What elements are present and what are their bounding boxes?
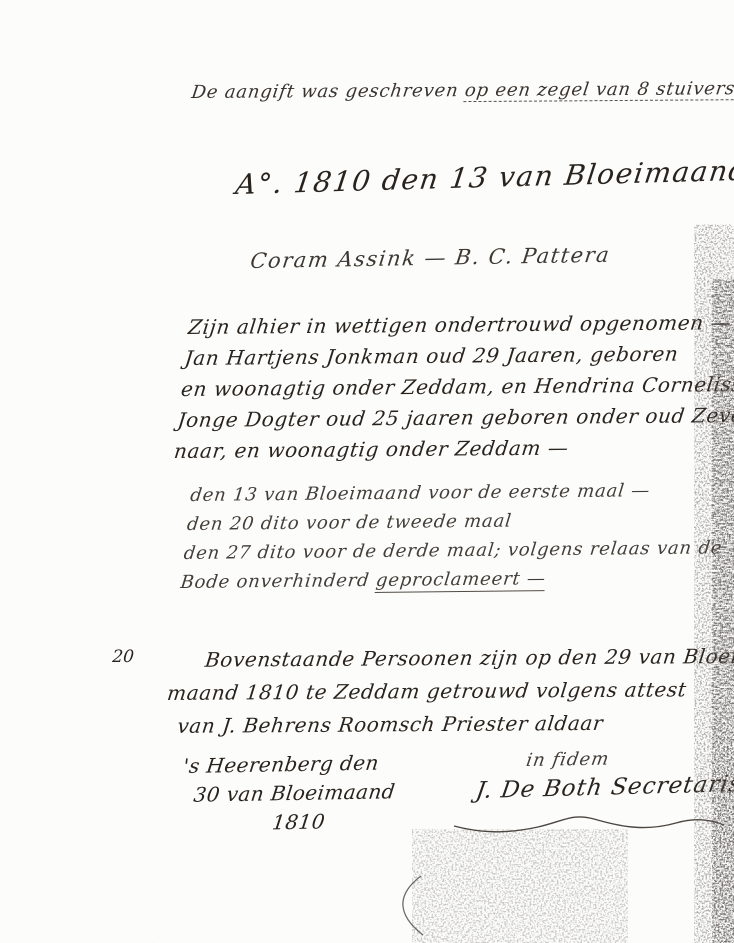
betrothal-line-2: Jan Hartjens Jonkman oud 29 Jaaren, gebo… bbox=[183, 338, 734, 374]
betrothal-line-5: naar, en woonagtig onder Zeddam — bbox=[172, 431, 734, 467]
place-date-line-1: 's Heerenberg den bbox=[181, 748, 400, 781]
stamp-duty-note: De aangift was geschreven op een zegel v… bbox=[190, 78, 734, 103]
marriage-line-2: maand 1810 te Zeddam getrouwd volgens at… bbox=[165, 673, 734, 710]
place-date-block: 's Heerenberg den 30 van Bloeimaand 1810 bbox=[174, 748, 400, 839]
proclamation-line-4: Bode onverhinderd geproclameert — bbox=[179, 562, 721, 597]
place-date-line-3: 1810 bbox=[271, 806, 394, 837]
secretary-signature: J. De Both Secretaris bbox=[474, 771, 734, 804]
betrothal-line-1: Zijn alhier in wettigen ondertrouwd opge… bbox=[186, 307, 734, 343]
paraph-stroke bbox=[454, 817, 724, 832]
bottom-noise-cluster bbox=[430, 840, 610, 943]
bottom-arc-mark bbox=[403, 876, 423, 935]
heading-year-line: A°. 1810 den 13 van Bloeimaand bbox=[234, 154, 734, 201]
betrothal-line-3: en woonagtig onder Zeddam, en Hendrina C… bbox=[179, 369, 734, 405]
proclamation-line-3: den 27 dito voor de derde maal; volgens … bbox=[182, 533, 724, 568]
marriage-line-3: van J. Behrens Roomsch Priester aldaar bbox=[176, 706, 734, 743]
scanned-document-page: De aangift was geschreven op een zegel v… bbox=[0, 0, 734, 943]
place-date-line-2: 30 van Bloeimaand bbox=[192, 777, 397, 810]
proclamations-paragraph: den 13 van Bloeimaand voor de eerste maa… bbox=[179, 475, 730, 597]
in-fidem-label: in fidem bbox=[525, 749, 611, 771]
marriage-line-1: Bovenstaande Persoonen zijn op den 29 va… bbox=[203, 640, 734, 677]
act-number: 20 bbox=[112, 647, 135, 667]
heading-officiants-line: Coram Assink — B. C. Pattera bbox=[249, 243, 612, 273]
stamp-duty-note-text: De aangift was geschreven bbox=[190, 80, 466, 103]
betrothal-paragraph: Zijn alhier in wettigen ondertrouwd opge… bbox=[172, 307, 734, 467]
proclamation-line-4-underlined-text: geproclameert — bbox=[375, 568, 547, 591]
proclamation-line-4-text: Bode onverhinderd bbox=[179, 570, 377, 593]
stamp-duty-note-underlined-text: op een zegel van 8 stuivers bbox=[464, 78, 734, 101]
marriage-paragraph: Bovenstaande Persoonen zijn op den 29 va… bbox=[154, 640, 734, 743]
betrothal-line-4: Jonge Dogter oud 25 jaaren geboren onder… bbox=[176, 400, 734, 436]
signature-paraph-flourish bbox=[452, 810, 728, 838]
